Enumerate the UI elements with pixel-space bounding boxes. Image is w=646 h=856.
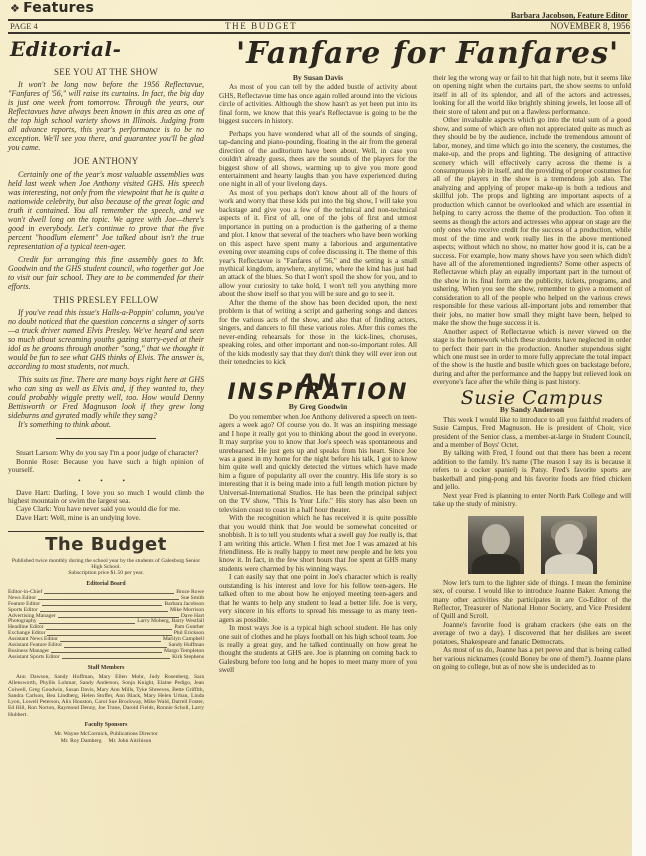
staff-members: Ann Dawson, Sandy Huffman, Mary Ellen Mo… — [8, 674, 204, 717]
dot-leader — [64, 643, 166, 647]
joke-block: Stuart Larson: Why do you say I'm a poor… — [8, 449, 204, 522]
fanfare-column-right: their leg the wrong way or fail to hit t… — [433, 74, 631, 672]
inspiration-headline: AN INSPIRATION — [219, 380, 417, 397]
masthead-title: The Budget — [8, 535, 204, 555]
sponsor-line: Mr. Roy Damberg Mr. John Aitchison — [8, 738, 204, 745]
article-paragraph: Other invaluable aspects which go into t… — [433, 116, 631, 327]
article-paragraph: I can easily say that one point in Joe's… — [219, 573, 417, 624]
article-paragraph: As most of you can tell by the added bus… — [219, 83, 417, 125]
editorial-title: Editorial- — [10, 37, 121, 61]
section-name: Features — [23, 2, 94, 16]
article-paragraph: Do you remember when Joe Anthony deliver… — [219, 413, 417, 514]
editorial-paragraph: It's something to think about. — [8, 420, 204, 429]
editorial-paragraph: Certainly one of the year's most valuabl… — [8, 170, 204, 251]
section-flag: ❖Features — [10, 2, 94, 16]
editorial-paragraph: Credit for arranging this fine assembly … — [8, 255, 204, 291]
masthead-subscription: Subscription price $1.50 per year. — [8, 570, 204, 576]
board-role: Assistant Sports Editor — [8, 655, 60, 661]
article-paragraph: Perhaps you have wondered what all of th… — [219, 130, 417, 189]
issue-date: NOVEMBER 8, 1956 — [550, 21, 630, 31]
joke-line: Dave Hart: Darling, I love you so much I… — [8, 489, 204, 506]
article-paragraph: By talking with Fred, I found out that t… — [433, 449, 631, 491]
editorial-heading-joe: JOE ANTHONY — [8, 157, 204, 165]
article-paragraph: As most of you perhaps don't know about … — [219, 189, 417, 299]
article-paragraph: With the recognition which he has receiv… — [219, 514, 417, 573]
portrait-photos — [433, 516, 631, 574]
joke-line: Dave Hart: Well, mine is an undying love… — [8, 514, 204, 522]
ornament-icon: ❖ — [10, 2, 20, 15]
joke-separator: • • • — [8, 477, 204, 485]
newspaper-page: ❖Features Barbara Jacobson, Feature Edit… — [0, 0, 632, 856]
dot-leader — [40, 608, 168, 612]
header-rule-top — [8, 19, 630, 21]
editorial-paragraph: It won't be long now before the 1956 Ref… — [8, 80, 204, 152]
dot-leader — [60, 637, 161, 641]
fanfare-headline: 'Fanfare for Fanfares' — [236, 36, 619, 71]
photo-joanne-baker — [541, 516, 597, 574]
sponsors-heading: Faculty Sponsors — [8, 721, 204, 729]
editorial-paragraph: If you've read this issue's Halls-a-Popp… — [8, 308, 204, 371]
scan-margin — [632, 0, 646, 856]
article-paragraph: As most of us do, Joanne has a pet peeve… — [433, 646, 631, 671]
fanfare-byline: By Susan Davis — [219, 74, 417, 82]
article-paragraph: Next year Fred is planning to enter Nort… — [433, 492, 631, 509]
staff-heading: Staff Members — [8, 664, 204, 672]
dot-leader — [46, 625, 173, 629]
dot-leader — [39, 619, 136, 623]
editorial-column: SEE YOU AT THE SHOW It won't be long now… — [8, 64, 204, 744]
article-paragraph: This week I would like to introduce to a… — [433, 416, 631, 450]
article-paragraph: their leg the wrong way or fail to hit t… — [433, 74, 631, 116]
dot-leader — [62, 655, 171, 659]
dot-leader — [47, 631, 171, 635]
fanfare-column-left: By Susan Davis As most of you can tell b… — [219, 74, 417, 675]
paper-name: THE BUDGET — [225, 21, 297, 31]
board-row: Assistant Sports EditorKirk Stephens — [8, 655, 204, 661]
editorial-paragraph: This suits us fine. There are many boys … — [8, 375, 204, 420]
article-paragraph: Another aspect of Reflectavue which is n… — [433, 328, 631, 387]
board-name: Kirk Stephens — [172, 655, 204, 661]
divider — [56, 438, 156, 439]
dot-leader — [44, 590, 174, 594]
article-paragraph: In most ways Joe is a typical high schoo… — [219, 624, 417, 675]
masthead-published: Published twice monthly during the schoo… — [8, 558, 204, 570]
article-paragraph: Joanne's favorite food is graham cracker… — [433, 621, 631, 646]
susie-campus-title: Susie Campus — [433, 394, 631, 402]
dot-leader — [38, 596, 179, 600]
article-paragraph: After the theme of the show has been dec… — [219, 299, 417, 367]
masthead-rule — [8, 531, 204, 532]
article-paragraph: Now let's turn to the lighter side of th… — [433, 579, 631, 621]
editorial-heading-presley: THIS PRESLEY FELLOW — [8, 296, 204, 304]
photo-fred-magnuson — [468, 516, 524, 574]
dot-leader — [42, 602, 162, 606]
editorial-board-list: Editor-in-ChiefBruce RoweNews EditorSue … — [8, 590, 204, 661]
dot-leader — [51, 649, 162, 653]
page-number: PAGE 4 — [10, 21, 38, 31]
board-heading: Editorial Board — [8, 580, 204, 588]
joke-line: Bonnie Rose: Because you have such a hig… — [8, 458, 204, 475]
editorial-heading-show: SEE YOU AT THE SHOW — [8, 68, 204, 76]
header-rule-bottom — [8, 32, 630, 34]
